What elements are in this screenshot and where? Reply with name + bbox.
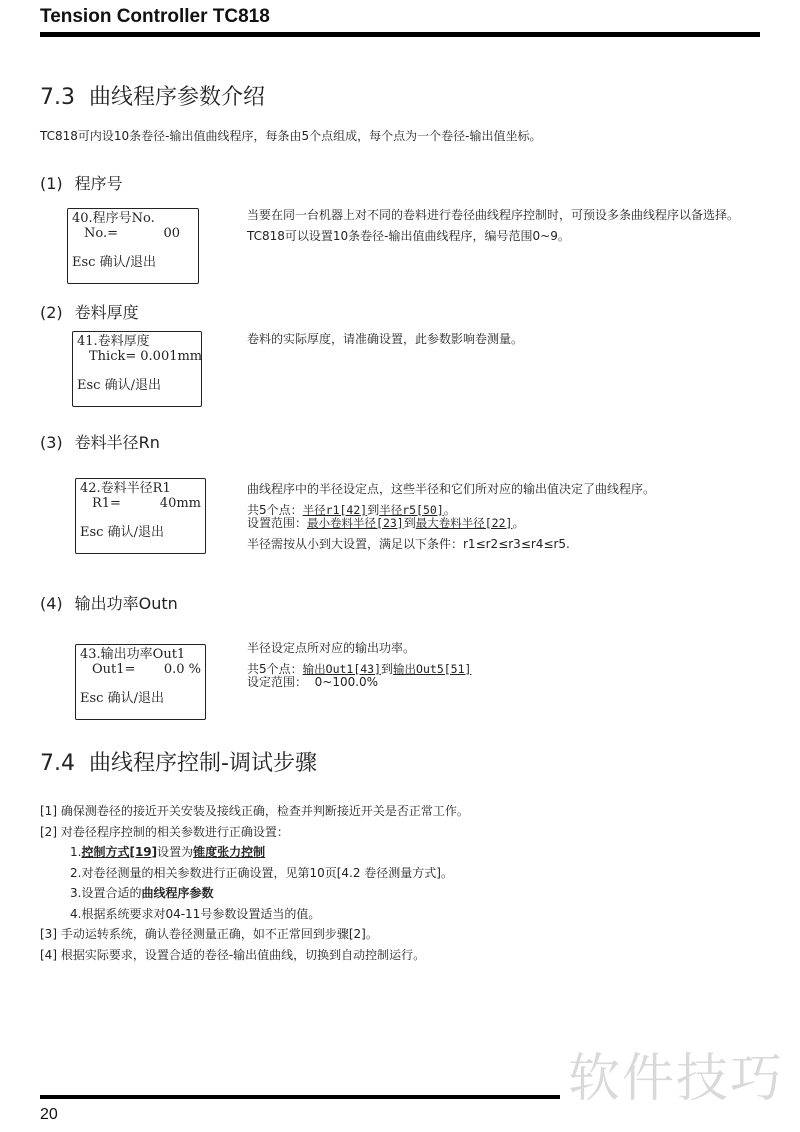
- section-title: 曲线程序控制-调试步骤: [89, 751, 317, 776]
- param-heading-program-no: (1)程序号: [40, 171, 123, 194]
- step-3: [3] 手动运转系统，确认卷径测量正确，如不正常回到步骤[2]。: [40, 924, 469, 945]
- step-number: [2]: [40, 825, 57, 839]
- param-number: (3): [40, 433, 63, 452]
- step-1: [1] 确保测卷径的接近开关安装及接线正确，检查并判断接近开关是否正常工作。: [40, 801, 469, 822]
- param-ref-r1: 半径r1[42]: [303, 503, 368, 517]
- param-description-output: 半径设定点所对应的输出功率。 共5个点：输出Out1[43]到输出Out5[51…: [247, 642, 757, 697]
- section-7-4-heading: 7.4曲线程序控制-调试步骤: [40, 746, 317, 777]
- param-ref-control-mode: 控制方式[19]: [81, 845, 157, 859]
- step-text: 设置为: [157, 845, 193, 859]
- lcd-value: 00: [163, 226, 194, 241]
- lcd-line-value: Out1=0.0 %: [80, 662, 201, 677]
- lcd-value-label: R1=: [92, 496, 121, 511]
- step-text: 手动运转系统，确认卷径测量正确，如不正常回到步骤[2]。: [61, 927, 378, 941]
- substep-number: 1.: [70, 845, 81, 859]
- lcd-line-keys: Esc 确认/退出: [80, 691, 201, 706]
- param-ref-r5: 半径r5[50]: [379, 503, 444, 517]
- step-2: [2] 对卷径程序控制的相关参数进行正确设置：: [40, 822, 469, 843]
- param-heading-output: (4)输出功率Outn: [40, 591, 178, 614]
- watermark: 软件技巧: [568, 1036, 784, 1111]
- step-text: 确保测卷径的接近开关安装及接线正确，检查并判断接近开关是否正常工作。: [61, 804, 469, 818]
- lcd-value-label: No.=: [84, 226, 118, 241]
- lcd-line-value: No.=00: [72, 226, 194, 241]
- section-7-3-heading: 7.3曲线程序参数介绍: [40, 80, 265, 111]
- lcd-value: 40mm: [160, 496, 201, 511]
- label: 共5个点：: [247, 662, 303, 676]
- param-heading-thickness: (2)卷料厚度: [40, 300, 139, 323]
- section-intro: TC818可内设10条卷径-输出值曲线程序，每条由5个点组成，每个点为一个卷径-…: [40, 127, 541, 144]
- radius-range-line: 设置范围：最小卷料半径[23]到最大卷料半径[22]。: [247, 517, 767, 530]
- lcd-display-radius: 42.卷料半径R1 R1=40mm Esc 确认/退出: [75, 478, 206, 554]
- label: 设置范围：: [247, 516, 307, 530]
- section-number: 7.4: [40, 751, 75, 776]
- step-number: [3]: [40, 927, 57, 941]
- param-number: (2): [40, 303, 63, 322]
- label: 。: [444, 503, 456, 517]
- step-2-2: 2.对卷径测量的相关参数进行正确设置，见第10页[4.2 卷径测量方式]。: [40, 863, 469, 884]
- param-ref-out5: 输出Out5[51]: [393, 662, 471, 676]
- label: 。: [512, 516, 524, 530]
- output-range: 设定范围： 0~100.0%: [247, 676, 757, 689]
- step-4: [4] 根据实际要求，设置合适的卷径-输出值曲线，切换到自动控制运行。: [40, 945, 469, 966]
- step-2-3: 3.设置合适的曲线程序参数: [40, 883, 469, 904]
- param-title: 卷料半径Rn: [75, 433, 160, 452]
- step-number: [1]: [40, 804, 57, 818]
- step-text: 3.设置合适的: [70, 886, 141, 900]
- taper-tension-control: 锥度张力控制: [193, 845, 265, 859]
- param-title: 卷料厚度: [75, 303, 139, 322]
- section-number: 7.3: [40, 85, 75, 110]
- step-text: 对卷径程序控制的相关参数进行正确设置：: [61, 825, 289, 839]
- lcd-line-value: Thick=0.001mm: [77, 349, 197, 364]
- lcd-display-thickness: 41.卷料厚度 Thick=0.001mm Esc 确认/退出: [72, 331, 202, 407]
- footer-rule: [40, 1095, 560, 1099]
- lcd-line-keys: Esc 确认/退出: [72, 255, 194, 270]
- lcd-value: 0.001mm: [140, 349, 202, 364]
- param-title: 输出功率Outn: [75, 594, 178, 613]
- param-ref-max-radius: 最大卷料半径[22]: [416, 516, 513, 530]
- lcd-line-keys: Esc 确认/退出: [77, 378, 197, 393]
- step-text: 根据实际要求，设置合适的卷径-输出值曲线，切换到自动控制运行。: [61, 948, 425, 962]
- header-rule: [40, 32, 760, 37]
- debug-steps-list: [1] 确保测卷径的接近开关安装及接线正确，检查并判断接近开关是否正常工作。 […: [40, 801, 469, 965]
- radius-condition: 半径需按从小到大设置，满足以下条件：r1≤r2≤r3≤r4≤r5.: [247, 538, 767, 551]
- description-text: 曲线程序中的半径设定点，这些半径和它们所对应的输出值决定了曲线程序。: [247, 483, 767, 496]
- description-text: 卷料的实际厚度，请准确设置，此参数影响卷测量。: [247, 333, 757, 346]
- curve-program-params: 曲线程序参数: [141, 886, 213, 900]
- step-2-4: 4.根据系统要求对04-11号参数设置适当的值。: [40, 904, 469, 925]
- param-ref-out1: 输出Out1[43]: [303, 662, 381, 676]
- lcd-value-label: Thick=: [89, 349, 136, 364]
- step-2-1: 1.控制方式[19]设置为锥度张力控制: [40, 842, 469, 863]
- param-number: (1): [40, 174, 63, 193]
- lcd-line-title: 41.卷料厚度: [77, 334, 197, 349]
- label: 到: [381, 662, 393, 676]
- param-description-thickness: 卷料的实际厚度，请准确设置，此参数影响卷测量。: [247, 333, 757, 354]
- param-title: 程序号: [75, 174, 123, 193]
- description-text: 半径设定点所对应的输出功率。: [247, 642, 757, 655]
- param-number: (4): [40, 594, 63, 613]
- param-ref-min-radius: 最小卷料半径[23]: [307, 516, 404, 530]
- param-description-radius: 曲线程序中的半径设定点，这些半径和它们所对应的输出值决定了曲线程序。 共5个点：…: [247, 483, 767, 559]
- lcd-line-keys: Esc 确认/退出: [80, 525, 201, 540]
- lcd-value-label: Out1=: [92, 662, 135, 677]
- page-number: 20: [40, 1106, 58, 1124]
- lcd-value: 0.0 %: [164, 662, 201, 677]
- step-number: [4]: [40, 948, 57, 962]
- section-title: 曲线程序参数介绍: [89, 85, 265, 110]
- label: 共5个点：: [247, 503, 303, 517]
- document-header-title: Tension Controller TC818: [40, 6, 270, 28]
- lcd-display-program-no: 40.程序号No. No.=00 Esc 确认/退出: [67, 208, 199, 284]
- lcd-line-value: R1=40mm: [80, 496, 201, 511]
- label: 到: [367, 503, 379, 517]
- param-heading-radius: (3)卷料半径Rn: [40, 430, 160, 453]
- lcd-display-output: 43.输出功率Out1 Out1=0.0 % Esc 确认/退出: [75, 644, 206, 720]
- description-text: 当要在同一台机器上对不同的卷料进行卷径曲线程序控制时，可预设多条曲线程序以备选择…: [247, 209, 757, 222]
- lcd-line-title: 43.输出功率Out1: [80, 647, 201, 662]
- label: 到: [404, 516, 416, 530]
- lcd-line-title: 42.卷料半径R1: [80, 481, 201, 496]
- description-text: TC818可以设置10条卷径-输出值曲线程序，编号范围0~9。: [247, 230, 757, 243]
- param-description-program-no: 当要在同一台机器上对不同的卷料进行卷径曲线程序控制时，可预设多条曲线程序以备选择…: [247, 209, 757, 251]
- lcd-line-title: 40.程序号No.: [72, 211, 194, 226]
